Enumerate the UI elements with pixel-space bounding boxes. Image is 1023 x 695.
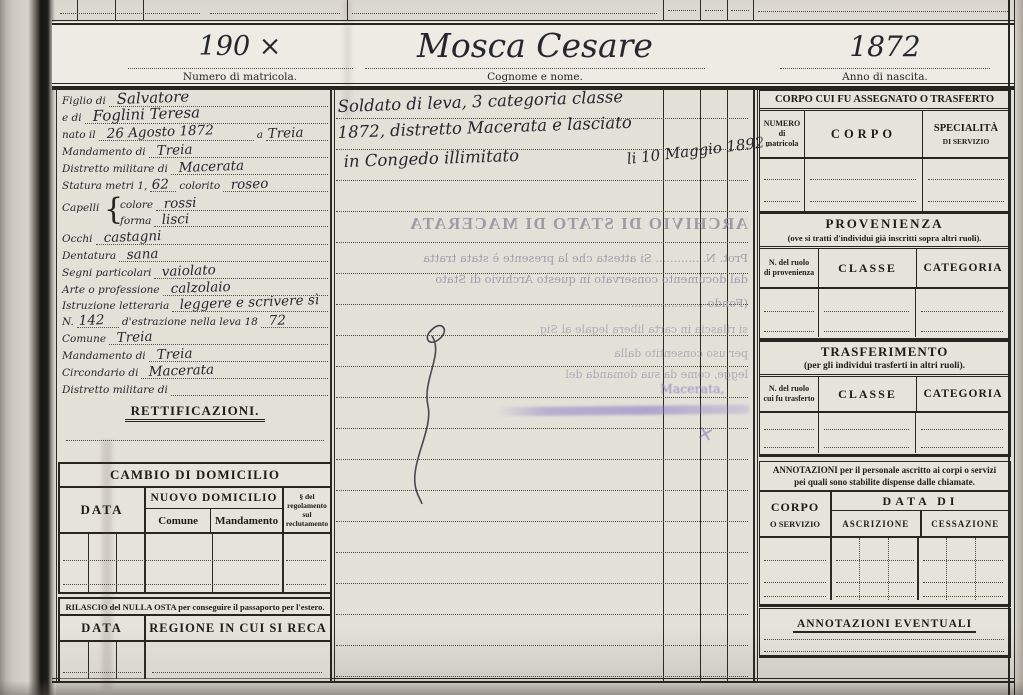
cambio-title: CAMBIO DI DOMICILIO xyxy=(60,464,330,488)
cambio-body xyxy=(60,534,330,592)
rilascio-body xyxy=(60,642,330,679)
cambio-col-comune: Comune xyxy=(146,509,211,532)
trasferimento-col-classe: CLASSE xyxy=(819,377,917,411)
provenienza-col-ruolo: N. del ruolo di provenienza xyxy=(760,249,819,287)
edi-label: e di xyxy=(62,112,82,124)
arte-label: Arte o professione xyxy=(62,284,160,296)
stamp-line-1: ARCHIVIO DI STATO DI MACERATA xyxy=(336,214,748,234)
ruled-dotted-line xyxy=(336,211,748,212)
edi-value: Foglini Teresa xyxy=(92,103,200,125)
annotazioni-col-ascrizione: ASCRIZIONE xyxy=(832,511,922,536)
corpo-body xyxy=(760,159,1009,211)
stamp-line-7: legge, come da sua domanda del xyxy=(336,368,748,381)
cambio-col-mandamento: Mandamento xyxy=(211,509,282,532)
annotazioni-col-servizio: O SERVIZIO xyxy=(770,519,820,529)
segni-value: vaiolato xyxy=(162,262,217,280)
page-bottom-edge xyxy=(0,681,1023,695)
nato-value: 26 Agosto 1872 xyxy=(106,122,214,142)
estrazione-label2: d'estrazione nella leva 18 xyxy=(122,316,258,328)
provenienza-box: PROVENIENZA (ove si tratti d'individui g… xyxy=(759,213,1011,341)
ruled-dotted-line xyxy=(336,676,748,677)
arte-value: calzolaio xyxy=(170,279,231,297)
ruled-dotted-line xyxy=(336,645,748,646)
corpo-col-corpo: CORPO xyxy=(805,111,922,157)
occhi-value: castagni xyxy=(103,228,161,246)
military-record-page: 190 × Numero di matricola. Mosca Cesare … xyxy=(0,0,1023,695)
book-binding-edge xyxy=(0,0,56,695)
colorito-label: colorito xyxy=(179,180,220,192)
nato-place-value: Treia xyxy=(267,125,303,142)
mandamento-label: Mandamento di xyxy=(62,146,146,158)
annotazioni-col-corpo: CORPO xyxy=(771,500,819,515)
statura-label: Statura metri 1, xyxy=(62,180,147,192)
distretto2-label: Distretto militare di xyxy=(62,384,168,396)
rettificazioni-heading: RETTIFICAZIONI. xyxy=(62,400,328,419)
corpo-col-matricola: NUMERO di matricola xyxy=(760,111,805,157)
figlio-label: Figlio di xyxy=(62,95,106,107)
mandamento2-value: Treia xyxy=(156,346,192,363)
dentatura-label: Dentatura xyxy=(62,250,116,262)
stamp-line-2: Prot. N. ............ Si attesta che la … xyxy=(336,251,748,265)
trasferimento-title: TRASFERIMENTO xyxy=(760,344,1009,360)
corpo-box-title: CORPO CUI FU ASSEGNATO O TRASFERTO xyxy=(760,91,1009,111)
ruled-dotted-line xyxy=(336,180,748,181)
capelli-forma-label: forma xyxy=(120,215,151,227)
scan-streak-top xyxy=(344,0,351,120)
scan-fold-streak xyxy=(102,440,112,688)
rilascio-col-regione: REGIONE IN CUI SI RECA xyxy=(146,616,330,640)
ruled-dotted-line xyxy=(336,583,748,584)
dentatura-value: sana xyxy=(127,246,159,263)
trasferimento-body xyxy=(760,413,1009,453)
mandamento-value: Treia xyxy=(156,142,192,159)
rilascio-passaporto-table: RILASCIO del NULLA OSTA per conseguire i… xyxy=(58,597,332,683)
stamp-macerata-text: Macerata, xyxy=(660,381,725,396)
corpo-assegnato-box: CORPO CUI FU ASSEGNATO O TRASFERTO NUMER… xyxy=(759,90,1011,214)
capelli-forma-value: lisci xyxy=(162,211,190,228)
provenienza-title: PROVENIENZA xyxy=(760,216,1009,232)
mandamento2-label: Mandamento di xyxy=(62,350,146,362)
occhi-label: Occhi xyxy=(62,233,93,245)
cambio-col-regolamento: § del regolamento sul reclutamento xyxy=(282,488,330,532)
right-border-rule xyxy=(1008,0,1015,695)
annotazioni-dispense-box: ANNOTAZIONI per il personale ascritto ai… xyxy=(759,461,1011,607)
nato-label: nato il xyxy=(62,129,96,141)
trasferimento-col-categoria: CATEGORIA xyxy=(917,377,1009,411)
annotazioni-eventuali-box: ANNOTAZIONI EVENTUALI xyxy=(759,608,1011,658)
estrazione-n-label: N. xyxy=(62,316,74,328)
birthyear-label: Anno di nascita. xyxy=(842,71,928,83)
surname-field: Mosca Cesare Cognome e nome. xyxy=(360,22,710,83)
colorito-value: roseo xyxy=(231,176,269,193)
annotazioni-body xyxy=(760,538,1009,600)
nato-label2: a xyxy=(257,129,263,141)
birthyear-field: 1872 Anno di nascita. xyxy=(775,24,995,83)
capelli-colore-label: colore xyxy=(120,199,153,211)
surname-name-value: Mosca Cesare xyxy=(417,26,653,65)
ruled-dotted-line xyxy=(336,521,748,522)
trasferimento-box: TRASFERIMENTO (per gli individui trasfer… xyxy=(759,341,1011,457)
stamp-line-6: per uso consentito dalla xyxy=(336,347,748,360)
matricola-label: Numero di matricola. xyxy=(183,71,297,83)
trasferimento-col-ruolo: N. del ruolo cui fu trasferto xyxy=(760,377,819,411)
cambio-domicilio-table: CAMBIO DI DOMICILIO DATA NUOVO DOMICILIO… xyxy=(58,462,332,594)
capelli-label: Capelli xyxy=(62,202,99,214)
rilascio-title: RILASCIO del NULLA OSTA per conseguire i… xyxy=(60,599,330,616)
estrazione-anno-value: 72 xyxy=(268,312,286,329)
ruled-dotted-line xyxy=(336,614,748,615)
archive-stamp-bleed: ARCHIVIO DI STATO DI MACERATA Prot. N. .… xyxy=(336,214,748,381)
provenienza-col-classe: CLASSE xyxy=(819,249,917,287)
annotazioni-col-cessazione: CESSAZIONE xyxy=(922,511,1010,536)
corpo-col-specialita: SPECIALITÀ xyxy=(934,123,998,134)
trasferimento-subtitle: (per gli individui trasferti in altri ru… xyxy=(760,361,1009,371)
matricola-field: 190 × Numero di matricola. xyxy=(120,24,360,83)
estrazione-n-value: 142 xyxy=(78,312,104,329)
comune-value: Treia xyxy=(117,329,153,346)
circondario-value: Macerata xyxy=(149,362,215,380)
provenienza-col-categoria: CATEGORIA xyxy=(917,249,1009,287)
matricola-number: 190 × xyxy=(199,31,282,62)
stamp-line-3: dal documento conservato in questo Archi… xyxy=(336,272,748,286)
cambio-col-nuovo-domicilio: NUOVO DOMICILIO xyxy=(146,488,282,509)
corpo-col-di-servizio: DI SERVIZIO xyxy=(943,137,990,146)
annotazioni-title: ANNOTAZIONI per il personale ascritto ai… xyxy=(760,462,1009,492)
istruzione-value: leggere e scrivere sì xyxy=(180,292,320,313)
comune-label: Comune xyxy=(62,333,106,345)
distretto-value: Macerata xyxy=(178,158,244,176)
stamp-line-5: si rilascia in carta libera legale al Si… xyxy=(336,323,748,336)
circondario-label: Circondario di xyxy=(62,367,138,379)
stamp-line-4: (Fondo ....................... xyxy=(336,296,748,310)
statura-value: 62 xyxy=(152,176,170,193)
surname-name-label: Cognome e nome. xyxy=(487,71,583,83)
ruled-dotted-line xyxy=(336,552,748,553)
istruzione-label: Istruzione letteraria xyxy=(62,300,169,312)
distretto-label: Distretto militare di xyxy=(62,163,168,175)
segni-label: Segni particolari xyxy=(62,267,151,279)
capelli-colore-value: rossi xyxy=(164,195,197,212)
annotazioni-eventuali-body xyxy=(760,631,1009,655)
birthyear-value: 1872 xyxy=(849,30,920,63)
provenienza-subtitle: (ove si tratti d'individui già inscritti… xyxy=(760,233,1009,243)
provenienza-body xyxy=(760,289,1009,337)
annotazioni-col-data-di: DATA DI xyxy=(832,492,1009,511)
